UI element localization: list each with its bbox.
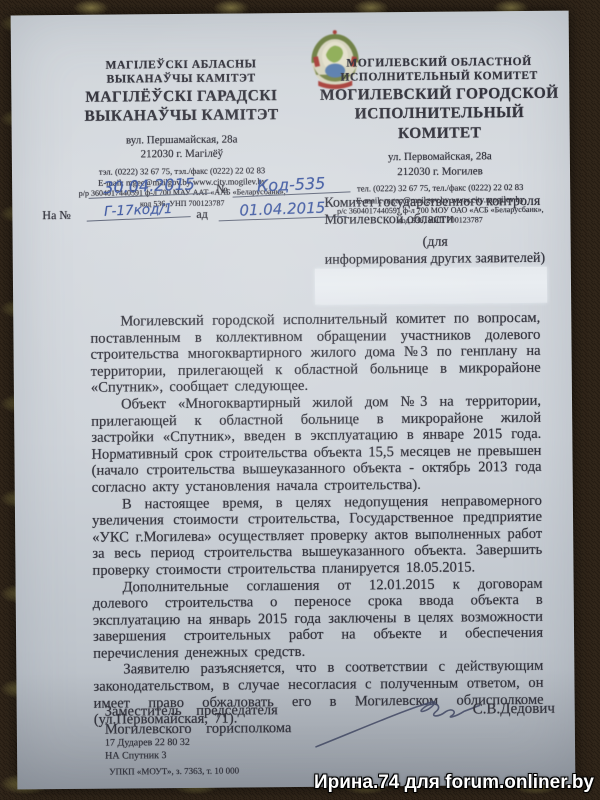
executor-info: 17 Дударев 22 80 32 НА Спутник 3 [105,736,190,763]
outgoing-date-field: 30.04.2015 [88,174,211,199]
body-paragraph: Объект «Многоквартирный жилой дом №3 на … [91,393,542,496]
body-paragraph: В настоящее время, в целях недопущения н… [92,492,543,579]
print-shop-info: УПКП «МОУТ», з. 7363, т. 10 000 [109,765,239,776]
org-address-line: вул. Першамайская, 28а [52,132,312,148]
org-name-ru-line: МОГИЛЕВСКИЙ ГОРОДСКОЙ [311,83,567,105]
body-paragraph: Дополнительные соглашения от 12.01.2015 … [93,575,544,662]
org-name-by-line: МАГІЛЁЎСКІ ГАРАДСКІ [51,86,311,108]
recipient-line: Комитет государственного контроля [324,193,572,212]
org-name-by-line: ВЫКАНАЎЧЫ КАМІТЭТ [51,105,311,127]
photo-background: МАГІЛЕЎСКІ АБЛАСНЫ ВЫКАНАЎЧЫ КАМІТЭТ МАГ… [0,0,600,800]
no-label: № [216,182,228,197]
watermark-text: Ирина.74 для forum.onliner.by [314,772,594,794]
recipient-line: информирования других заявителей) [325,250,573,269]
executor-line: НА Спутник 3 [105,749,190,763]
recipient-line: (для [325,233,573,252]
executor-line: 17 Дударев 22 80 32 [105,736,190,750]
body-paragraph: Могилевский городской исполнительный ком… [90,310,541,397]
ad-label: ад [196,207,208,222]
na-no-label: На № [42,208,71,223]
org-address-ru-line: ул. Первомайская, 28а [312,149,568,165]
org-name-ru-line: ИСПОЛНИТЕЛЬНЫЙ КОМИТЕТ [311,103,567,144]
recipient-line: Могилевской области [324,210,572,229]
signer-name: С.В.Дедович [473,701,555,719]
letter-paper: МАГІЛЕЎСКІ АБЛАСНЫ ВЫКАНАЎЧЫ КАМІТЭТ МАГ… [11,11,576,790]
incoming-number-field: Г-17код/1 [86,200,191,222]
letter-body: Могилевский городской исполнительный ком… [90,310,544,729]
redacted-area [315,267,547,305]
recipient-block: Комитет государственного контроля Могиле… [324,193,573,269]
handwritten-signature [311,683,487,753]
reference-block: 30.04.2015 № Код-535 На № Г-17код/1 ад 0… [12,178,352,227]
